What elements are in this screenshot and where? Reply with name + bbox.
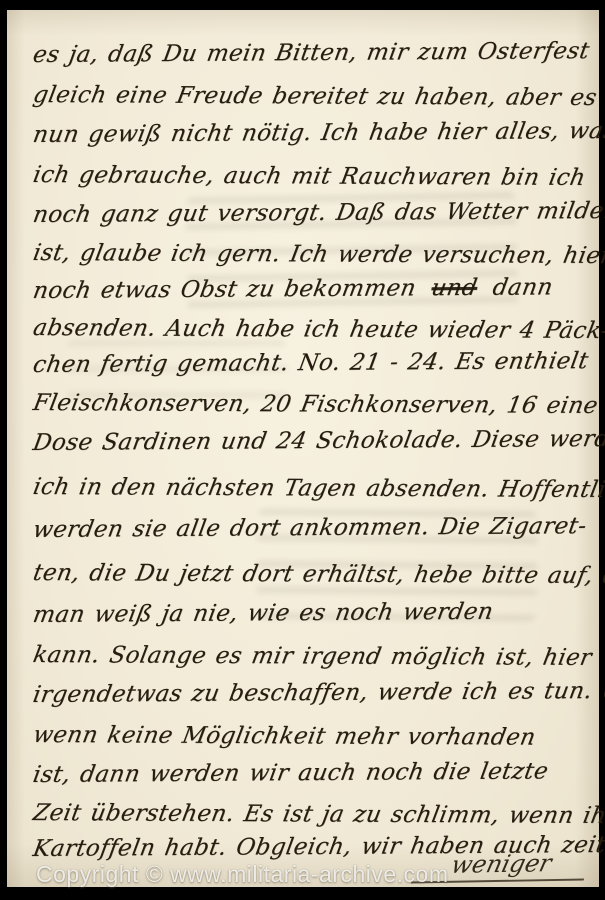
handwritten-line: es ja, daß Du mein Bitten, mir zum Oster… (31, 38, 591, 68)
handwritten-line: ich in den nächsten Tagen absenden. Hoff… (31, 474, 605, 503)
strikethrough-word: und (429, 275, 479, 301)
handwritten-line: ist, dann werden wir auch noch die letzt… (31, 758, 550, 788)
handwritten-line: nun gewiß nicht nötig. Ich habe hier all… (31, 118, 605, 148)
handwritten-line: Dose Sardinen und 24 Schokolade. Diese w… (31, 426, 605, 456)
handwritten-line: irgendetwas zu beschaffen, werde ich es … (31, 678, 605, 708)
handwritten-line: man weiß ja nie, wie es noch werden (31, 599, 495, 628)
handwritten-line: ten, die Du jetzt dort erhältst, hebe bi… (31, 560, 605, 589)
handwritten-line: Fleischkonserven, 20 Fischkonserven, 16 … (31, 390, 600, 419)
handwritten-line: noch ganz gut versorgt. Daß das Wetter m… (31, 198, 605, 228)
handwritten-line: kann. Solange es mir irgend möglich ist,… (31, 642, 594, 671)
handwritten-line: ist, glaube ich gern. Ich werde versuche… (31, 240, 605, 269)
scanned-letter-frame: es ja, daß Du mein Bitten, mir zum Oster… (0, 0, 605, 900)
handwritten-line: wenn keine Möglichkeit mehr vorhanden (31, 722, 538, 751)
handwritten-line: werden sie alle dort ankommen. Die Zigar… (31, 513, 589, 543)
line-text: noch etwas Obst zu bekommen (31, 275, 418, 304)
handwritten-line: noch etwas Obst zu bekommen und dann (31, 274, 555, 304)
letter-page: es ja, daß Du mein Bitten, mir zum Oster… (7, 10, 599, 887)
handwritten-line: absenden. Auch habe ich heute wieder 4 P… (31, 315, 605, 344)
line-text: dann (491, 274, 555, 300)
handwritten-line: ich gebrauche, auch mit Rauchwaren bin i… (31, 162, 588, 191)
handwritten-line: Zeit überstehen. Es ist ja zu schlimm, w… (31, 800, 605, 829)
handwritten-line: chen fertig gemacht. No. 21 - 24. Es ent… (31, 348, 590, 378)
handwriting-block: es ja, daß Du mein Bitten, mir zum Oster… (7, 10, 599, 887)
copyright-watermark: Copyright © www.militaria-archive.com (36, 861, 449, 888)
handwritten-line: gleich eine Freude bereitet zu haben, ab… (31, 82, 605, 111)
